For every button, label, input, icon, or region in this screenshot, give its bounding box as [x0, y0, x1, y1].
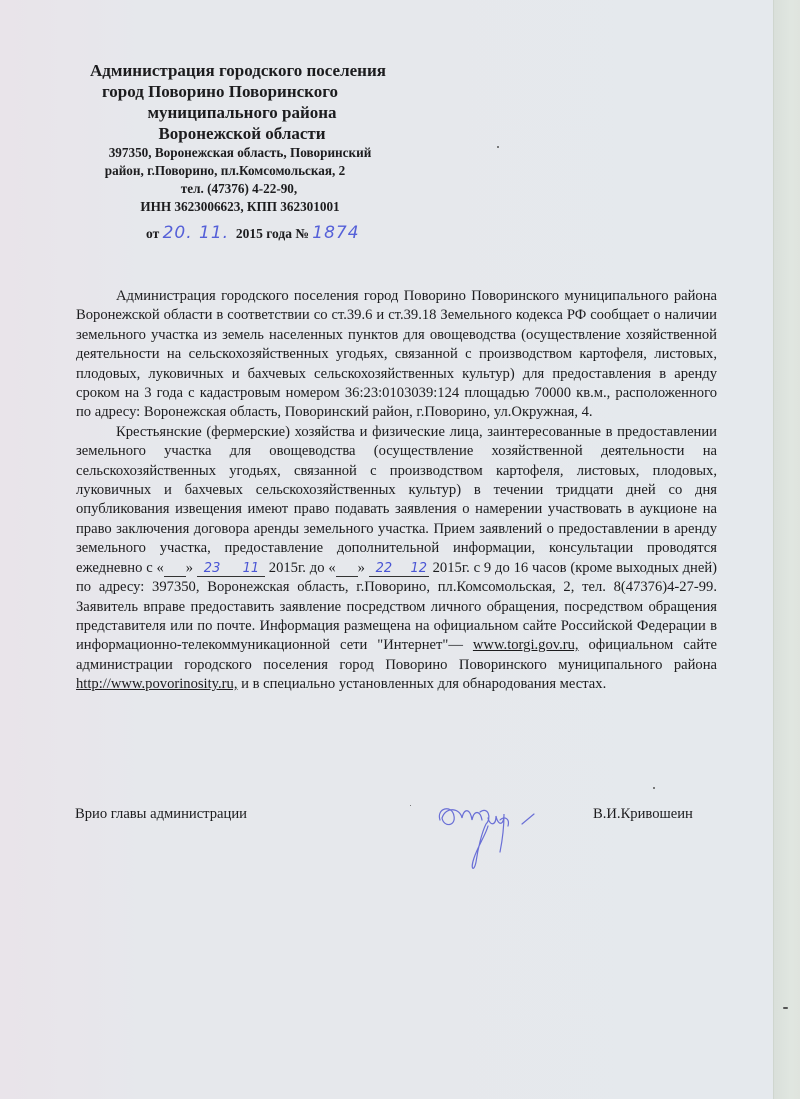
quote-close-1: »	[186, 560, 193, 576]
phone-line: тел. (47376) 4-22-90,	[58, 180, 420, 198]
signatory-name: В.И.Кривошеин	[593, 806, 693, 823]
org-line-2: город Поворино Поворинского	[20, 81, 420, 102]
handwritten-date: 20. 11.	[163, 223, 229, 243]
date-prefix: от	[146, 226, 159, 241]
torgi-link[interactable]: www.torgi.gov.ru,	[473, 637, 579, 653]
scan-speck	[653, 787, 655, 789]
handwritten-signature-icon	[430, 798, 550, 878]
org-line-4: Воронежской области	[64, 123, 420, 144]
paragraph-2: Крестьянские (фермерские) хозяйства и фи…	[76, 423, 717, 695]
p2-text-4: и в специально установленных для обнарод…	[237, 676, 606, 692]
povorinosity-link[interactable]: http://www.povorinosity.ru,	[76, 676, 237, 692]
document-date-number: от 20. 11. 2015 года № 1874	[146, 223, 360, 243]
letterhead: Администрация городского поселения город…	[60, 60, 420, 216]
address-line-2: район, г.Поворино, пл.Комсомольская, 2	[30, 162, 420, 180]
signatory-title: Врио главы администрации	[75, 806, 247, 823]
inn-kpp-line: ИНН 3623006623, КПП 362301001	[60, 198, 420, 216]
p2-text-1: Крестьянские (фермерские) хозяйства и фи…	[76, 424, 717, 576]
p2-text-mid: 2015г. до «	[269, 560, 336, 576]
end-month-field: 12	[369, 562, 429, 577]
start-month-field: 11	[197, 562, 265, 577]
address-line-1: 397350, Воронежская область, Поворинский	[60, 144, 420, 162]
year-number-label: 2015 года №	[236, 226, 309, 241]
end-day-field: 22	[336, 562, 358, 577]
scan-speck	[410, 805, 411, 806]
org-line-1: Администрация городского поселения	[56, 60, 420, 81]
paper-edge	[773, 0, 800, 1099]
paragraph-1: Администрация городского поселения город…	[76, 287, 717, 423]
scan-speck	[497, 146, 499, 148]
quote-close-2: »	[358, 560, 365, 576]
handwritten-number: 1874	[312, 223, 359, 243]
start-day-field: 23	[164, 562, 186, 577]
org-line-3: муниципального района	[64, 102, 420, 123]
notice-body: Администрация городского поселения город…	[76, 287, 717, 695]
scan-speck	[783, 1007, 788, 1009]
